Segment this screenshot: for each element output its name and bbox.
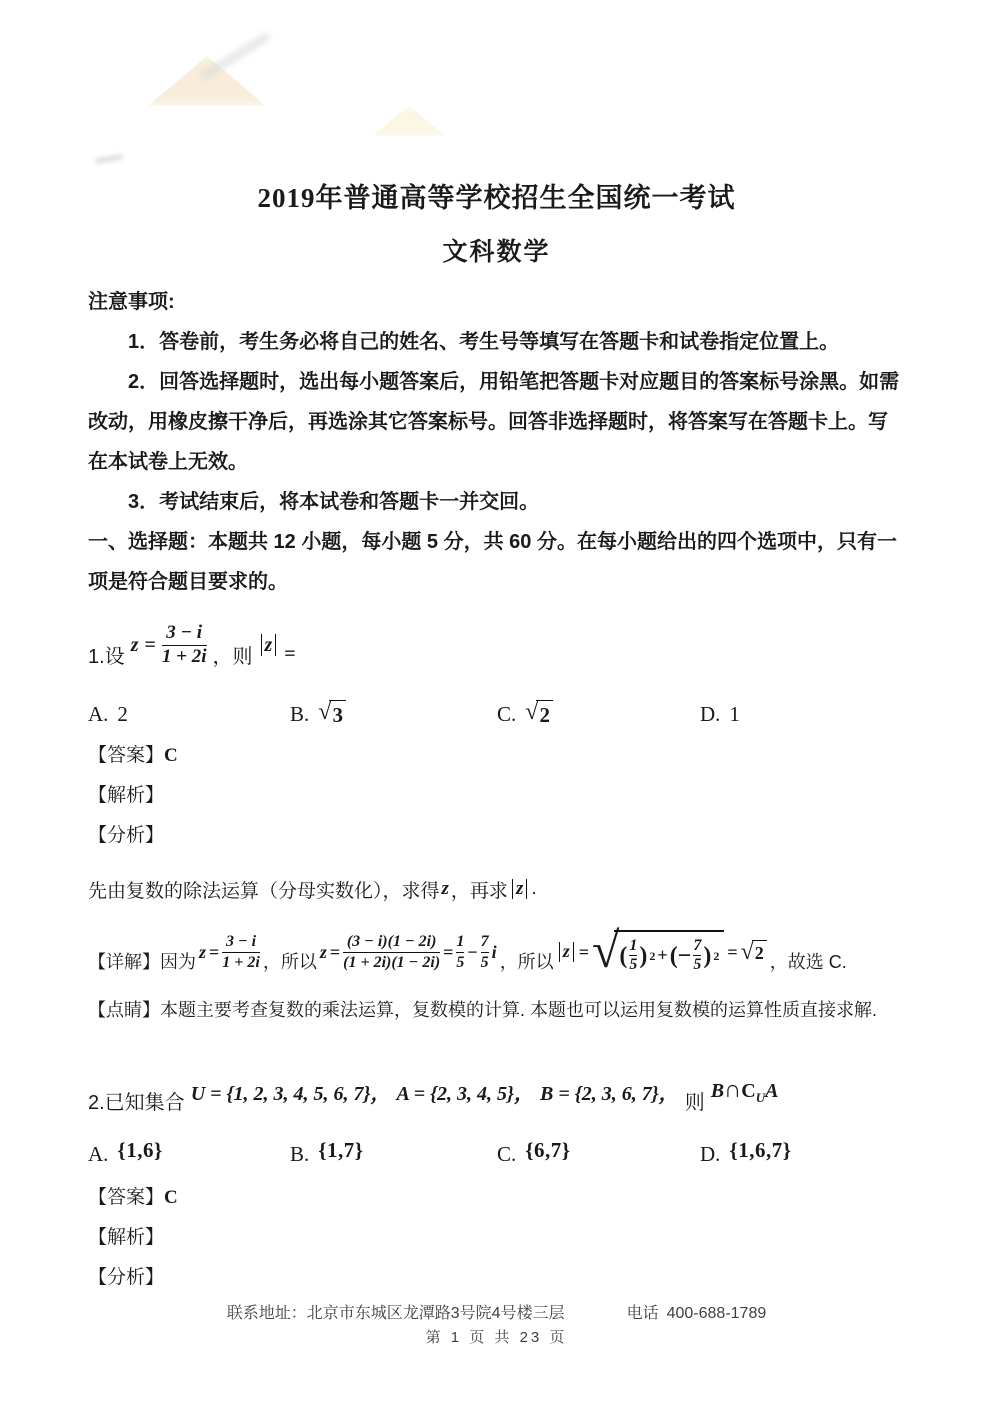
set-a: A = {2, 3, 4, 5}， — [396, 1077, 534, 1106]
exam-title: 2019年普通高等学校招生全国统一考试 — [88, 180, 905, 216]
answer-value: C — [164, 745, 178, 766]
math-fraction: 3 − i 1 + 2i — [222, 932, 260, 971]
question-1-option-b: B. √3 — [290, 700, 497, 728]
fraction-numerator: 1 — [629, 937, 637, 955]
fraction-numerator: (3 − i)(1 − 2i) — [343, 932, 440, 951]
math-abs-z: z — [512, 879, 527, 900]
question-2-option-a: A. {1,6} — [88, 1142, 290, 1167]
fraction-numerator: 7 — [481, 932, 489, 951]
question-1-detail-solution: 【详解】因为 z = 3 − i 1 + 2i ，所以 z = (3 − i)(… — [88, 914, 905, 990]
question-2-stem: 2.已知集合 U = {1, 2, 3, 4, 5, 6, 7}， A = {2… — [88, 1064, 905, 1118]
radicand: ( 1 5 ) 2 + (− 7 5 ) 2 — [614, 930, 724, 975]
question-2-number: 2.已知集合 — [88, 1086, 185, 1115]
option-label: C. — [497, 1142, 516, 1167]
section-heading-line-1: 一、选择题：本题共 12 小题，每小题 5 分，共 60 分。在每小题给出的四个… — [88, 522, 905, 562]
exam-subtitle: 文科数学 — [88, 236, 905, 270]
detail-label: 【详解】因为 — [88, 948, 196, 974]
math-complement-c: C — [741, 1080, 755, 1102]
fraction-denominator: 1 + 2i — [162, 645, 207, 669]
math-equals: = — [209, 942, 219, 963]
option-label: B. — [290, 1142, 309, 1167]
math-equals: = — [284, 643, 295, 666]
question-2-answer: 【答案】C — [88, 1178, 905, 1218]
radicand: 2 — [536, 700, 553, 728]
footer-phone-label: 电话 — [627, 1305, 659, 1322]
option-value: 2 — [117, 702, 128, 727]
radicand: 2 — [752, 940, 767, 964]
math-equals: = — [727, 942, 737, 963]
math-fraction: 7 5 — [481, 932, 489, 971]
fraction-numerator: 3 − i — [222, 932, 260, 951]
question-2-option-b: B. {1,7} — [290, 1142, 497, 1167]
question-2-fenxi-label: 【分析】 — [88, 1258, 905, 1298]
question-1-stem: 1.设 z = 3 − i 1 + 2i ，则 z = — [88, 614, 905, 676]
square-root-expression: √ ( 1 5 ) 2 + (− 7 5 ) 2 — [592, 930, 724, 975]
notice-heading: 注意事项: — [88, 282, 905, 322]
square-root: √3 — [318, 700, 346, 728]
math-abs-z: z — [261, 634, 277, 656]
square-root: √2 — [525, 700, 553, 728]
notice-item-2-line-2: 改动，用橡皮擦干净后，再选涂其它答案标号。回答非选择题时，将答案写在答题卡上。写 — [88, 402, 905, 442]
fraction-denominator: 5 — [456, 952, 464, 972]
answer-label: 【答案】 — [88, 1187, 164, 1208]
math-variable-a: A — [765, 1080, 778, 1102]
question-1-analysis: 先由复数的除法运算（分母实数化），求得 z ，再求 z . — [88, 866, 905, 912]
math-equals: = — [144, 634, 155, 657]
paren-open: ( — [619, 944, 627, 968]
option-value: {6,7} — [525, 1138, 570, 1163]
math-fraction: 3 − i 1 + 2i — [162, 622, 207, 669]
watermark-stroke-icon — [200, 32, 271, 81]
fraction-denominator: (1 + 2i)(1 − 2i) — [343, 952, 440, 972]
page-number: 第 1 页 共 23 页 — [0, 1326, 993, 1347]
watermark-mark-icon — [95, 154, 124, 165]
question-2-then-text: 则 — [685, 1086, 705, 1115]
math-set-expression: B∩CUA — [711, 1077, 779, 1106]
footer-phone-number: 400-688-1789 — [667, 1305, 767, 1322]
fraction-denominator: 5 — [629, 955, 637, 974]
question-1-option-a: A. 2 — [88, 702, 290, 727]
analysis-text: 先由复数的除法运算（分母实数化），求得 — [88, 876, 440, 903]
set-b: B = {2, 3, 6, 7}， — [540, 1077, 679, 1106]
math-fraction: 1 5 — [629, 937, 637, 975]
question-1-then-text: ，则 — [213, 640, 253, 669]
question-1-answer: 【答案】C — [88, 736, 905, 776]
question-1-jiexi-label: 【解析】 — [88, 776, 905, 816]
option-value: 1 — [729, 702, 740, 727]
question-1-number: 1.设 — [88, 640, 125, 669]
page-content: 2019年普通高等学校招生全国统一考试 文科数学 注意事项: 1．答卷前，考生务… — [0, 180, 993, 1298]
question-2-option-c: C. {6,7} — [497, 1142, 700, 1167]
math-fraction: (3 − i)(1 − 2i) (1 + 2i)(1 − 2i) — [343, 932, 440, 971]
notice-item-1: 1．答卷前，考生务必将自己的姓名、考生号等填写在答题卡和试卷指定位置上。 — [88, 322, 905, 362]
option-label: D. — [700, 1142, 720, 1167]
question-2-option-d: D. {1,6,7} — [700, 1142, 905, 1167]
detail-text: ，所以 — [500, 948, 554, 974]
option-label: A. — [88, 1142, 108, 1167]
watermark-smudge-icon — [372, 106, 446, 136]
math-exponent: 2 — [713, 950, 719, 962]
math-abs-z: z — [559, 942, 574, 962]
option-label: B. — [290, 702, 309, 727]
analysis-text: ，再求 — [451, 876, 508, 903]
option-value: {1,6} — [117, 1138, 162, 1163]
analysis-period: . — [531, 878, 536, 900]
math-variable-b: B — [711, 1080, 724, 1102]
fraction-numerator: 3 − i — [162, 622, 207, 645]
paren-close: ) — [703, 944, 711, 968]
math-plus: + — [657, 945, 667, 966]
option-label: C. — [497, 702, 516, 727]
paren-close: ) — [639, 944, 647, 968]
question-2-jiexi-label: 【解析】 — [88, 1218, 905, 1258]
detail-text: ，所以 — [263, 948, 317, 974]
radicand: 3 — [329, 700, 346, 728]
notice-item-3: 3．考试结束后，将本试卷和答题卡一并交回。 — [88, 482, 905, 522]
watermark-smudge-icon — [148, 56, 266, 106]
math-subscript-u: U — [756, 1090, 765, 1105]
math-fraction: 1 5 — [456, 932, 464, 971]
fraction-denominator: 5 — [481, 952, 489, 972]
math-variable-z: z — [320, 942, 327, 963]
fraction-numerator: 7 — [693, 937, 701, 955]
question-1-fenxi-label: 【分析】 — [88, 816, 905, 856]
math-equals: = — [330, 942, 340, 963]
footer-contact-address: 联系地址：北京市东城区龙潭路3号院4号楼三层 — [227, 1305, 565, 1322]
footer-contact-row: 联系地址：北京市东城区龙潭路3号院4号楼三层电话400-688-1789 — [223, 1305, 770, 1322]
question-1-option-d: D. 1 — [700, 702, 905, 727]
fraction-denominator: 5 — [693, 955, 701, 974]
math-variable-z: z — [442, 878, 449, 900]
square-root: √2 — [741, 940, 767, 964]
math-exponent: 2 — [649, 950, 655, 962]
option-value: {1,7} — [318, 1138, 363, 1163]
page-footer: 联系地址：北京市东城区龙潭路3号院4号楼三层电话400-688-1789 — [0, 1300, 993, 1323]
math-variable-z: z — [199, 942, 206, 963]
math-imaginary-i: i — [492, 942, 497, 963]
option-label: A. — [88, 702, 108, 727]
paren-open-minus: (− — [670, 944, 692, 968]
question-1-dianjing: 【点睛】本题主要考查复数的乘法运算，复数模的计算. 本题也可以运用复数模的运算性… — [88, 990, 905, 1030]
question-1-option-c: C. √2 — [497, 700, 700, 728]
fraction-denominator: 1 + 2i — [222, 952, 260, 972]
question-2-options: A. {1,6} B. {1,7} C. {6,7} D. {1,6,7} — [88, 1130, 905, 1178]
set-u: U = {1, 2, 3, 4, 5, 6, 7}， — [191, 1077, 391, 1106]
question-1-options: A. 2 B. √3 C. √2 D. 1 — [88, 692, 905, 736]
exam-document-page: 2019年普通高等学校招生全国统一考试 文科数学 注意事项: 1．答卷前，考生务… — [0, 0, 993, 1404]
math-fraction: 7 5 — [693, 937, 701, 975]
answer-value: C — [164, 1187, 178, 1208]
fraction-numerator: 1 — [456, 932, 464, 951]
math-equals: = — [579, 942, 589, 963]
option-label: D. — [700, 702, 720, 727]
answer-label: 【答案】 — [88, 745, 164, 766]
notice-item-2-line-3: 在本试卷上无效。 — [88, 442, 905, 482]
section-heading-line-2: 项是符合题目要求的。 — [88, 562, 905, 602]
detail-conclusion: ，故选 C. — [770, 948, 847, 974]
notice-item-2-line-1: 2．回答选择题时，选出每小题答案后，用铅笔把答题卡对应题目的答案标号涂黑。如需 — [88, 362, 905, 402]
intersection-icon: ∩ — [724, 1077, 741, 1103]
math-minus: − — [467, 942, 477, 963]
math-equals: = — [443, 942, 453, 963]
math-variable-z: z — [131, 634, 139, 657]
option-value: {1,6,7} — [729, 1138, 791, 1163]
